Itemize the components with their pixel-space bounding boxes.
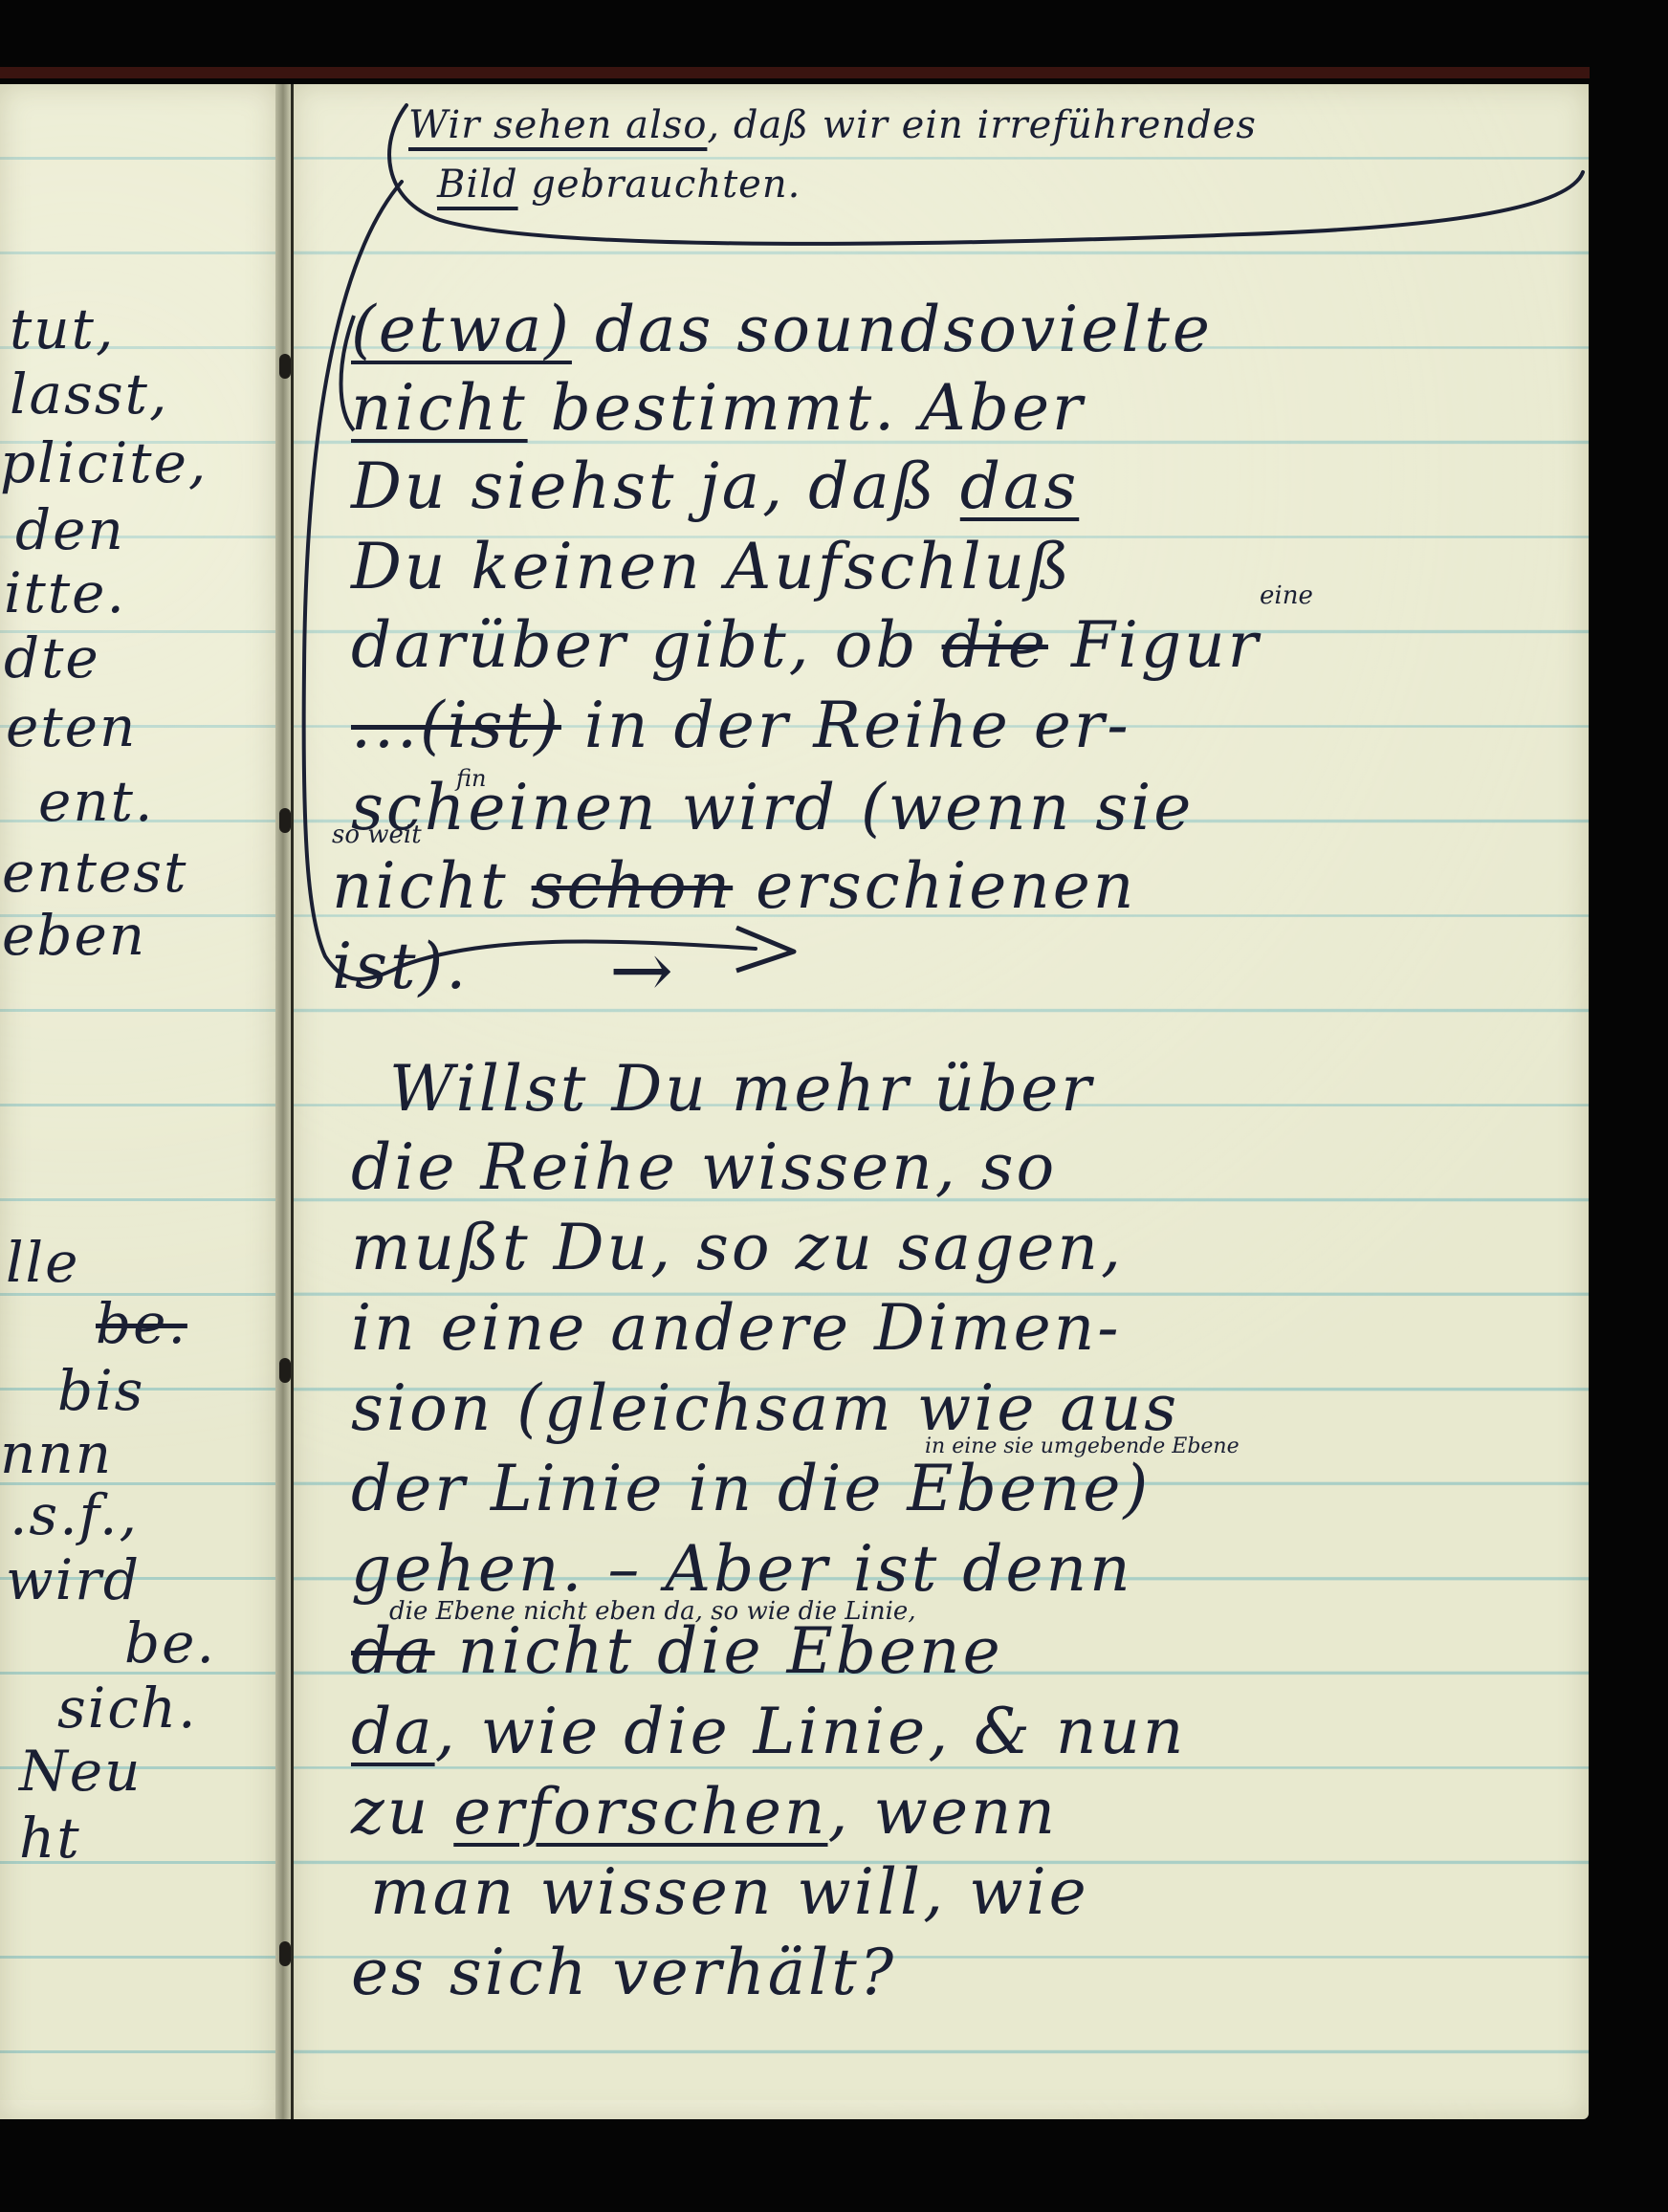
left-fragment: dte [4, 625, 100, 690]
text-line: mußt Du, so zu sagen, [351, 1211, 1124, 1284]
notebook-cover-edge [0, 67, 1590, 78]
binding-stitch [279, 1941, 291, 1966]
left-fragment-struck: be. [96, 1291, 187, 1356]
left-fragment: ht [19, 1806, 81, 1871]
text-line: es sich verhält? [351, 1936, 896, 2009]
text-line: scheinen wird (wenn sie [351, 771, 1194, 844]
text-line: nicht bestimmt. Aber [351, 371, 1086, 445]
text-line: da, wie die Linie, & nun [351, 1695, 1186, 1768]
left-fragment: tut, [10, 296, 115, 361]
text-line: darüber gibt, ob die Figur [351, 608, 1261, 682]
left-fragment: eben [2, 903, 146, 968]
text-line: ...(ist) in der Reihe er- [351, 689, 1131, 762]
text-line: (etwa) das soundsovielte [351, 293, 1213, 366]
left-fragment: bis [57, 1358, 144, 1423]
arrow-icon: → [609, 926, 676, 1015]
note-text: gebrauchten. [518, 163, 801, 207]
note-underlined-word: Bild [437, 163, 518, 207]
insertion-note: eine [1260, 581, 1313, 610]
text-line: ist). [332, 930, 469, 1003]
left-fragment: be. [124, 1610, 216, 1675]
text-line: Willst Du mehr über [389, 1052, 1094, 1126]
text-line: da nicht die Ebene [351, 1614, 1003, 1688]
left-fragment: eten [6, 694, 137, 759]
right-page: Wir sehen also, daß wir ein irreführende… [291, 84, 1589, 2119]
note-text: , daß wir ein irreführendes [707, 103, 1257, 147]
text-line: Du keinen Aufschluß [351, 530, 1072, 603]
left-fragment: lasst, [10, 361, 168, 427]
left-fragment: .s.f., [10, 1482, 139, 1547]
text-line: zu erforschen, wenn [351, 1775, 1058, 1849]
text-line: gehen. – Aber ist denn [351, 1532, 1133, 1606]
left-fragment: entest [2, 840, 187, 905]
left-fragment: nnn [0, 1421, 113, 1486]
text-line: man wissen will, wie [370, 1855, 1089, 1929]
left-fragment: Neu [19, 1739, 142, 1804]
text-line: in eine andere Dimen- [351, 1291, 1122, 1365]
binding-stitch [279, 354, 291, 379]
left-fragment: lle [6, 1230, 79, 1295]
note-underlined-phrase: Wir sehen also [408, 103, 707, 147]
left-fragment: wird [6, 1547, 141, 1612]
notebook-gutter [275, 84, 291, 2119]
text-line: nicht schon erschienen [332, 849, 1136, 923]
insertion-note: so weit [332, 821, 422, 849]
left-page: tut, lasst, plicite, den itte. dte eten … [0, 84, 278, 2119]
text-line: der Linie in die Ebene) [351, 1452, 1151, 1525]
text-line: Du siehst ja, daß das [351, 449, 1079, 523]
left-fragment: ent. [38, 769, 154, 834]
left-fragment: sich. [57, 1675, 198, 1741]
text-line: die Reihe wissen, so [351, 1130, 1057, 1204]
binding-stitch [279, 1358, 291, 1383]
left-fragment: den [15, 497, 125, 562]
binding-stitch [279, 808, 291, 833]
left-fragment: plicite, [0, 430, 208, 495]
left-fragment: itte. [4, 560, 126, 625]
